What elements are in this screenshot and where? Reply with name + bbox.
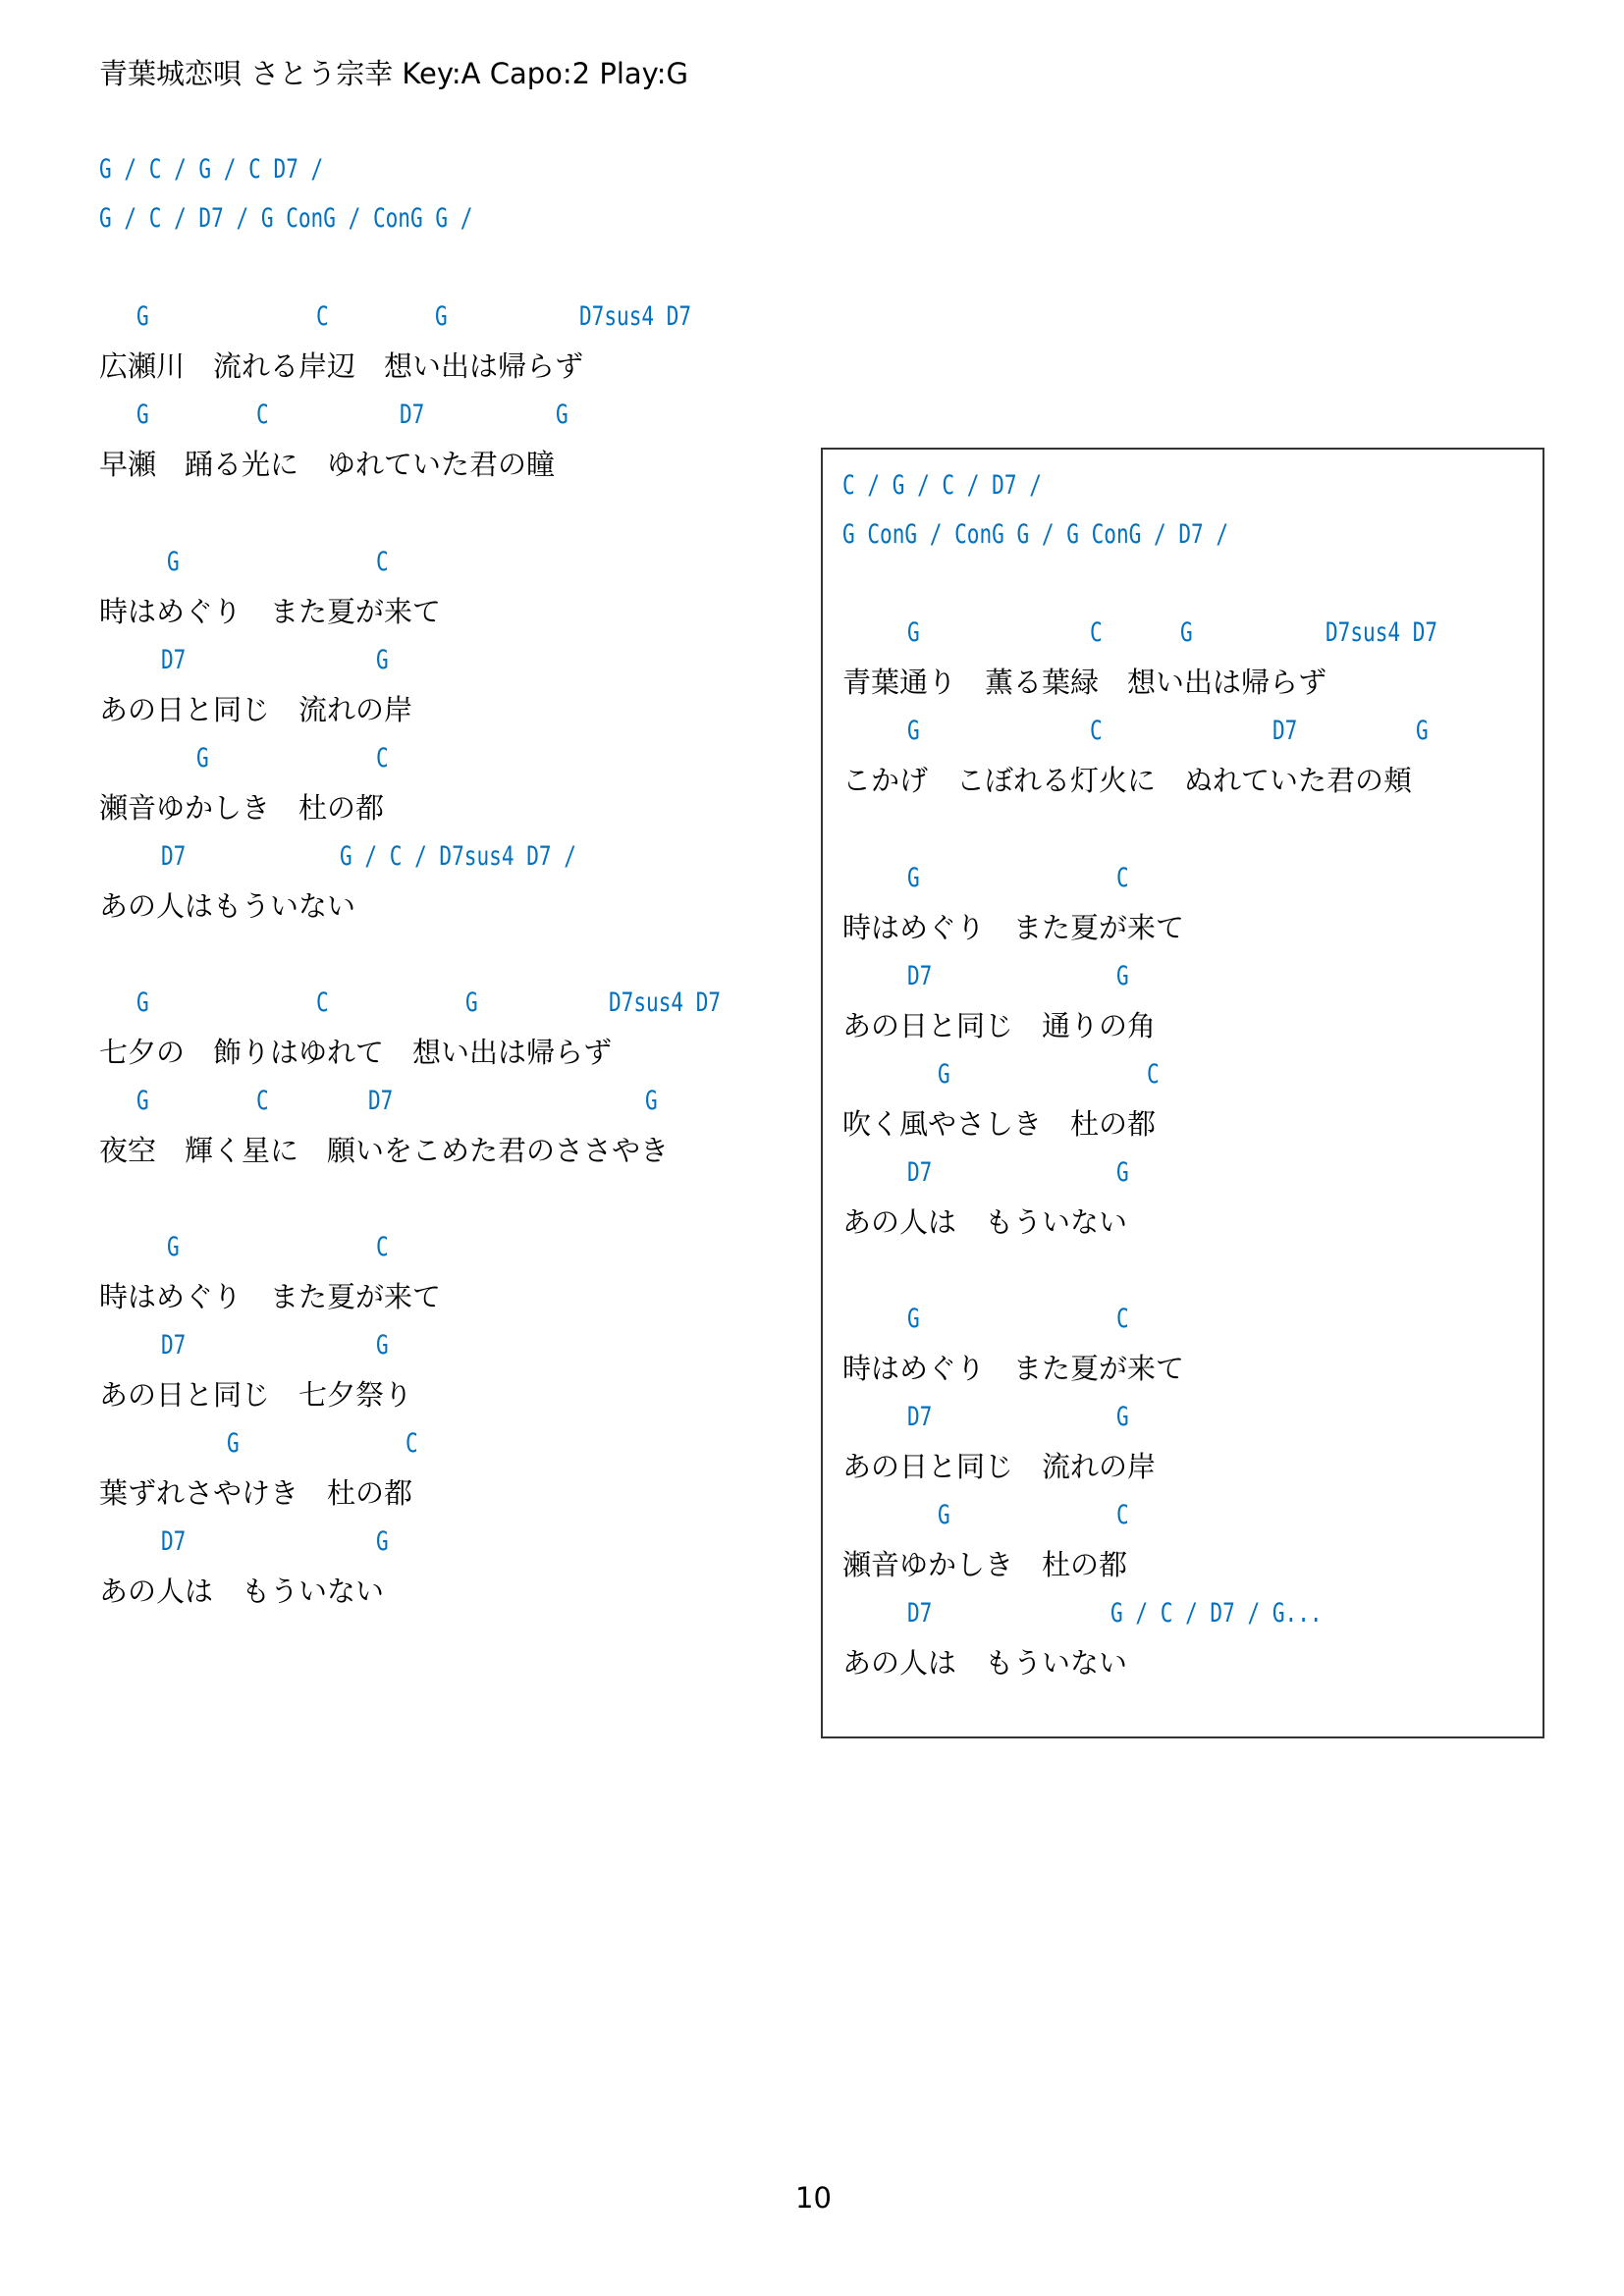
chord: G (435, 293, 448, 342)
chord: D7 (161, 636, 186, 685)
verse1-lyric-line: 早瀬 踊る光に ゆれていた君の瞳 (99, 440, 555, 489)
chorus3-lyric-line: あの日と同じ 通りの角 (842, 1001, 1156, 1050)
chord: C (1116, 854, 1129, 903)
chord: G (196, 734, 209, 783)
verse2-lyric-line: 夜空 輝く星に 願いをこめた君のささやき (99, 1126, 669, 1175)
chorus1-lyric-line: あの人はもういない (99, 881, 355, 931)
chord: D7sus4 D7 (579, 293, 691, 342)
chord: G / C / D7sus4 D7 / (340, 832, 576, 881)
chord: C (376, 734, 389, 783)
chord: G (907, 854, 920, 903)
chorus1-lyric-line: 時はめぐり また夏が来て (99, 587, 441, 636)
chord: D7 (907, 1589, 932, 1638)
chord: G (1116, 952, 1129, 1001)
chord: G (376, 636, 389, 685)
chord: G (136, 979, 149, 1028)
chorus1-lyric-line: 瀬音ゆかしき 杜の都 (99, 783, 384, 832)
chord: G (938, 1050, 950, 1099)
chorus4-lyric-line: あの日と同じ 流れの岸 (842, 1442, 1156, 1491)
chord: C (1090, 609, 1103, 658)
chord: D7 (161, 832, 186, 881)
chord: D7sus4 D7 (609, 979, 721, 1028)
chord: D7 (907, 952, 932, 1001)
chord: D7 (161, 1518, 186, 1567)
chord: D7sus4 D7 (1326, 609, 1437, 658)
chord: D7 (400, 391, 424, 440)
chord: G (556, 391, 568, 440)
chord: C (316, 979, 329, 1028)
chord: C (376, 538, 389, 587)
chorus2-lyric-line: 葉ずれさやけき 杜の都 (99, 1468, 412, 1518)
chord: G (376, 1321, 389, 1370)
chorus4-lyric-line: 瀬音ゆかしき 杜の都 (842, 1540, 1127, 1589)
chord: D7 (1272, 707, 1297, 756)
chord: G (167, 1223, 180, 1272)
chord: G (167, 538, 180, 587)
chord: G (136, 391, 149, 440)
chorus2-lyric-line: あの人は もういない (99, 1567, 384, 1616)
chord: G (907, 609, 920, 658)
verse1-lyric-line: 広瀬川 流れる岸辺 想い出は帰らず (99, 342, 583, 391)
chord: D7 (161, 1321, 186, 1370)
chorus3-lyric-line: 時はめぐり また夏が来て (842, 903, 1184, 952)
chord: C (1147, 1050, 1160, 1099)
chord: C (316, 293, 329, 342)
chord: G (465, 979, 478, 1028)
chorus4-lyric-line: あの人は もういない (842, 1638, 1127, 1687)
chord: G (136, 1077, 149, 1126)
chord: G (1116, 1393, 1129, 1442)
page-number: 10 (795, 2181, 832, 2215)
verse2-lyric-line: 七夕の 飾りはゆれて 想い出は帰らず (99, 1028, 612, 1077)
chorus2-lyric-line: あの日と同じ 七夕祭り (99, 1370, 412, 1419)
chord: C (376, 1223, 389, 1272)
chord: G (1416, 707, 1429, 756)
chorus2-lyric-line: 時はめぐり また夏が来て (99, 1272, 441, 1321)
chord: C (256, 1077, 269, 1126)
chord: D7 (907, 1148, 932, 1198)
chord: G (227, 1419, 240, 1468)
chord: G (376, 1518, 389, 1567)
chord: C (1116, 1491, 1129, 1540)
verse3-lyric-line: 青葉通り 薫る葉緑 想い出は帰らず (842, 658, 1326, 707)
chord: G (938, 1491, 950, 1540)
chorus3-lyric-line: 吹く風やさしき 杜の都 (842, 1099, 1156, 1148)
chord: G (907, 1295, 920, 1344)
chord-progression: G / C / G / C D7 / (99, 145, 323, 194)
chord-progression: G ConG / ConG G / G ConG / D7 / (842, 510, 1228, 560)
chord: C (1116, 1295, 1129, 1344)
verse3-lyric-line: こかげ こぼれる灯火に ぬれていた君の頬 (842, 756, 1412, 805)
chord: G (907, 707, 920, 756)
chord: D7 (907, 1393, 932, 1442)
chord: G / C / D7 / G... (1110, 1589, 1323, 1638)
chord: G (1116, 1148, 1129, 1198)
chord: C (256, 391, 269, 440)
song-title: 青葉城恋唄 さとう宗幸 Key:A Capo:2 Play:G (99, 49, 688, 98)
chord: G (1180, 609, 1193, 658)
chord-progression: C / G / C / D7 / (842, 461, 1042, 510)
chord: D7 (368, 1077, 393, 1126)
chord: C (1090, 707, 1103, 756)
chorus3-lyric-line: あの人は もういない (842, 1198, 1127, 1247)
chord: G (136, 293, 149, 342)
chorus1-lyric-line: あの日と同じ 流れの岸 (99, 685, 412, 734)
chord-progression: G / C / D7 / G ConG / ConG G / (99, 194, 472, 243)
chord: C (406, 1419, 418, 1468)
chord: G (645, 1077, 658, 1126)
chorus4-lyric-line: 時はめぐり また夏が来て (842, 1344, 1184, 1393)
